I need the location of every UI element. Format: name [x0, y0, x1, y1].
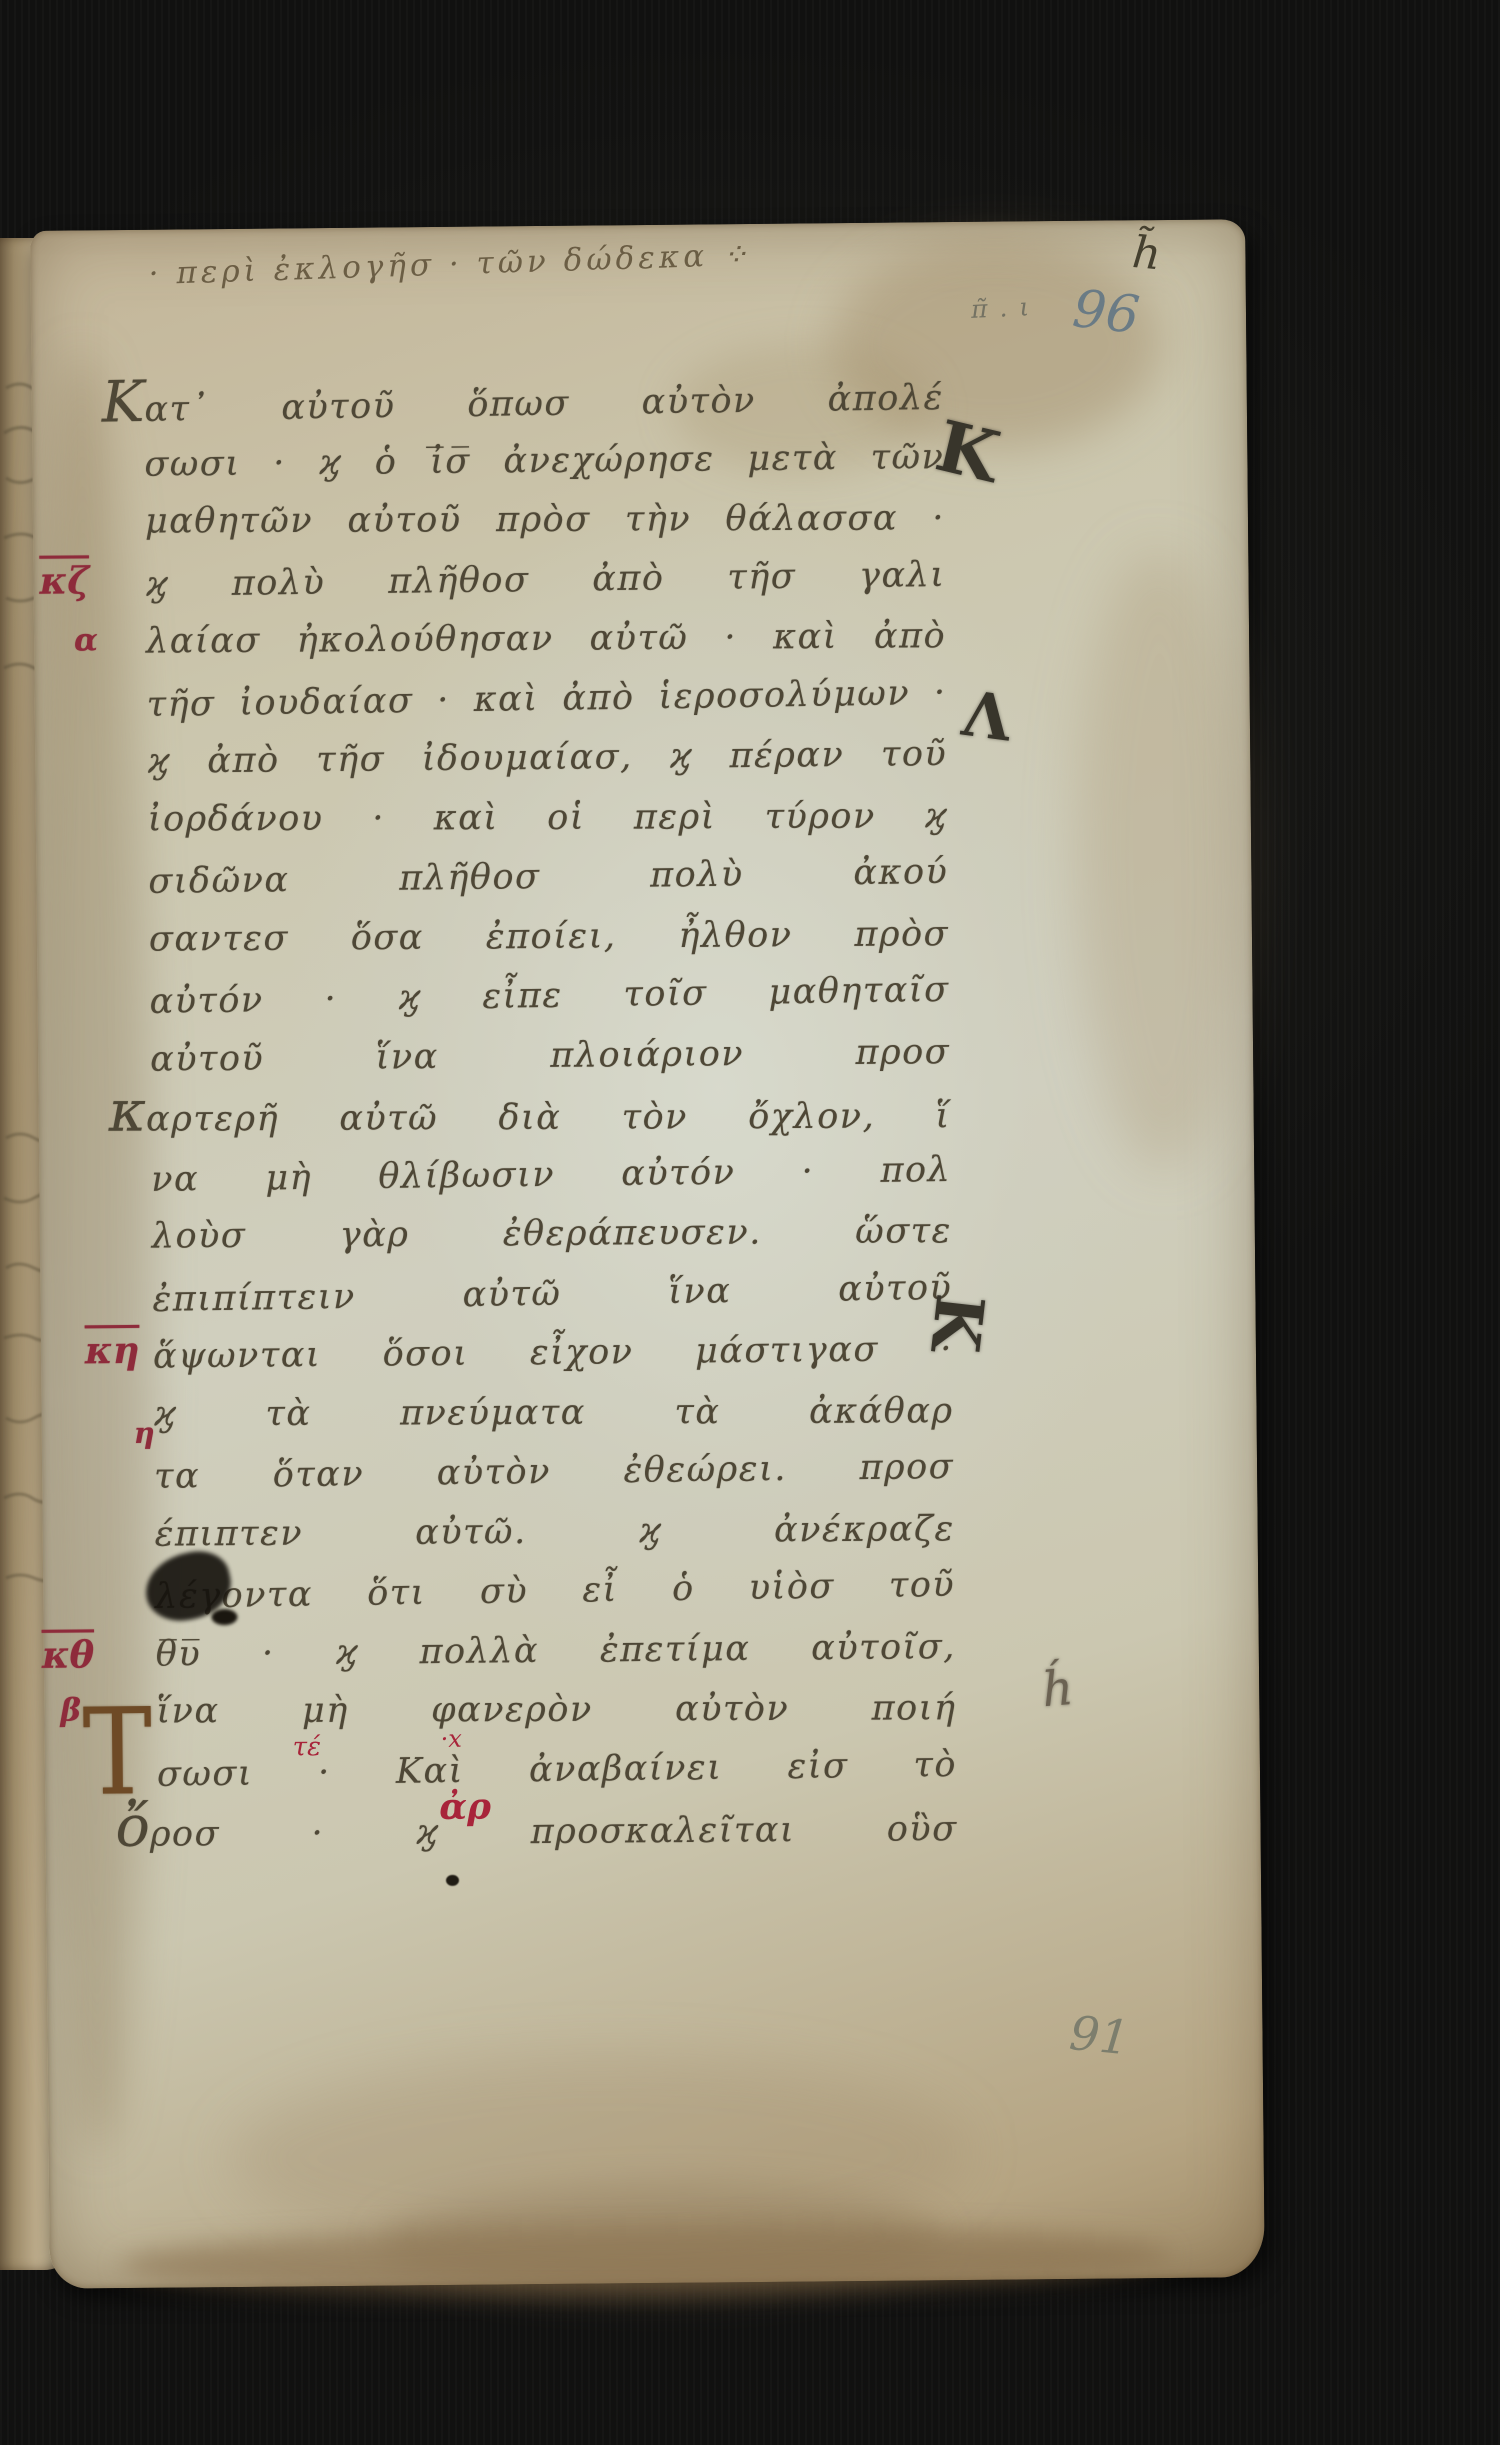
folio-number-pencil-top: 96 — [1070, 279, 1142, 346]
text-line: ἰορδάνου · καὶ οἱ περὶ τύρον ϗ — [148, 791, 948, 854]
parchment-stain — [1073, 549, 1249, 1171]
text-line: ἅψωνται ὅσοι εἶχον μάστιγασ · — [153, 1324, 954, 1391]
eusebian-canon-1: α — [74, 622, 98, 658]
decorated-initial: T — [82, 1694, 152, 1810]
text-line: αὐτοῦ ἵνα πλοιάριον προσ — [150, 1027, 951, 1094]
folio-number-pencil-bottom: 91 — [1067, 2006, 1132, 2066]
eusebian-canon-8: η — [134, 1416, 155, 1450]
margin-letter-kappa-2: Κ — [915, 1290, 999, 1356]
enlarged-initial: Κ — [101, 369, 145, 436]
text-line: Κατ᾽ αὐτοῦ ὅπωσ αὐτὸν ἀπολέ — [143, 370, 944, 442]
text-line: ϗ τὰ πνεύματα τὰ ἀκάθαρ — [153, 1386, 953, 1449]
text-line: ἐπιπίπτειν αὐτῶ ἵνα αὐτοῦ — [152, 1262, 953, 1334]
text-line: ϗ ἀπὸ τῆσ ἰδουμαίασ, ϗ πέραν τοῦ — [147, 729, 948, 796]
quire-corner-mark: h̃ — [1130, 227, 1163, 280]
text-line: τα ὅταν αὐτὸν ἐθεώρει. προσ — [154, 1442, 955, 1511]
text-line: σωσι · ϗ ὁ ἰ̅σ̅ ἀνεχώρησε μετὰ τῶν — [144, 432, 945, 499]
text-line: καρτερῆ αὐτῶ διὰ τὸν ὄχλον, ἵ — [151, 1088, 951, 1151]
text-line: έπιπτεν αὐτῶ. ϗ ἀνέκραζε — [155, 1504, 955, 1569]
text-line: λοὺσ γὰρ ἐθεράπευσεν. ὥστε — [152, 1206, 952, 1271]
ammonian-section-28: κη — [85, 1328, 140, 1373]
text-line: ϗ πολὺ πλῆθοσ ἀπὸ τῆσ γαλι — [145, 549, 946, 618]
eusebian-canon-2: β — [60, 1692, 81, 1728]
text-line: τῆσ ἰουδαίασ · καὶ ἀπὸ ἱεροσολύμων · — [146, 667, 947, 739]
text-line: αὐτόν · ϗ εἶπε τοῖσ μαθηταῖσ — [149, 965, 950, 1037]
enlarged-initial: κ — [109, 1079, 147, 1145]
text-line: σαντεσ ὅσα ἐποίει, ἦλθον πρὸσ — [149, 909, 949, 974]
text-line: ὄροσ · ϗ προσκαλεῖται οὓσ — [157, 1801, 957, 1866]
deckled-bottom-edge — [119, 2220, 1170, 2300]
margin-cursive-mark: h́ — [1040, 1660, 1075, 1718]
text-line: λαίασ ἠκολούθησαν αὐτῶ · καὶ ἀπὸ — [146, 611, 946, 676]
rubric-cross: ·x — [441, 1727, 462, 1751]
rubric-telos: τέ — [293, 1734, 322, 1760]
rubric-arche: ἀρ — [439, 1789, 491, 1825]
manuscript-page: · περὶ ἐκλογῆσ · τῶν δώδεκα ⁘ h̃ π̃ . ι … — [30, 219, 1265, 2289]
text-line: μαθητῶν αὐτοῦ πρὸσ τὴν θάλασσα · — [145, 493, 945, 556]
running-title: · περὶ ἐκλογῆσ · τῶν δώδεκα ⁘ — [148, 226, 1069, 292]
ammonian-section-29: κθ — [42, 1632, 95, 1677]
text-line: να μὴ θλίβωσιν αὐτόν · πολ — [151, 1144, 952, 1213]
text-line: λέγοντα ὅτι σὺ εἶ ὁ υἱὸσ τοῦ — [155, 1560, 956, 1632]
text-line: θ̅υ̅ · ϗ πολλὰ ἐπετίμα αὐτοῖσ, — [156, 1622, 957, 1689]
text-line: σωσι · Καὶ ἀναβαίνει εἰσ τὸ — [157, 1739, 958, 1808]
text-line: σιδῶνα πλῆθοσ πολὺ ἀκού — [148, 847, 949, 916]
text-line: ἵνα μὴ φανερὸν αὐτὸν ποιή — [156, 1683, 956, 1746]
shelf-note: π̃ . ι — [970, 292, 1031, 324]
margin-letter-lambda: Λ — [958, 677, 1015, 756]
photo-backdrop: · περὶ ἐκλογῆσ · τῶν δώδεκα ⁘ h̃ π̃ . ι … — [0, 0, 1500, 2445]
ammonian-section-27: κζ — [39, 558, 89, 602]
ink-speck — [446, 1875, 459, 1886]
text-block: Κατ᾽ αὐτοῦ ὅπωσ αὐτὸν ἀπολέσωσι · ϗ ὁ ἰ̅… — [144, 372, 958, 1867]
